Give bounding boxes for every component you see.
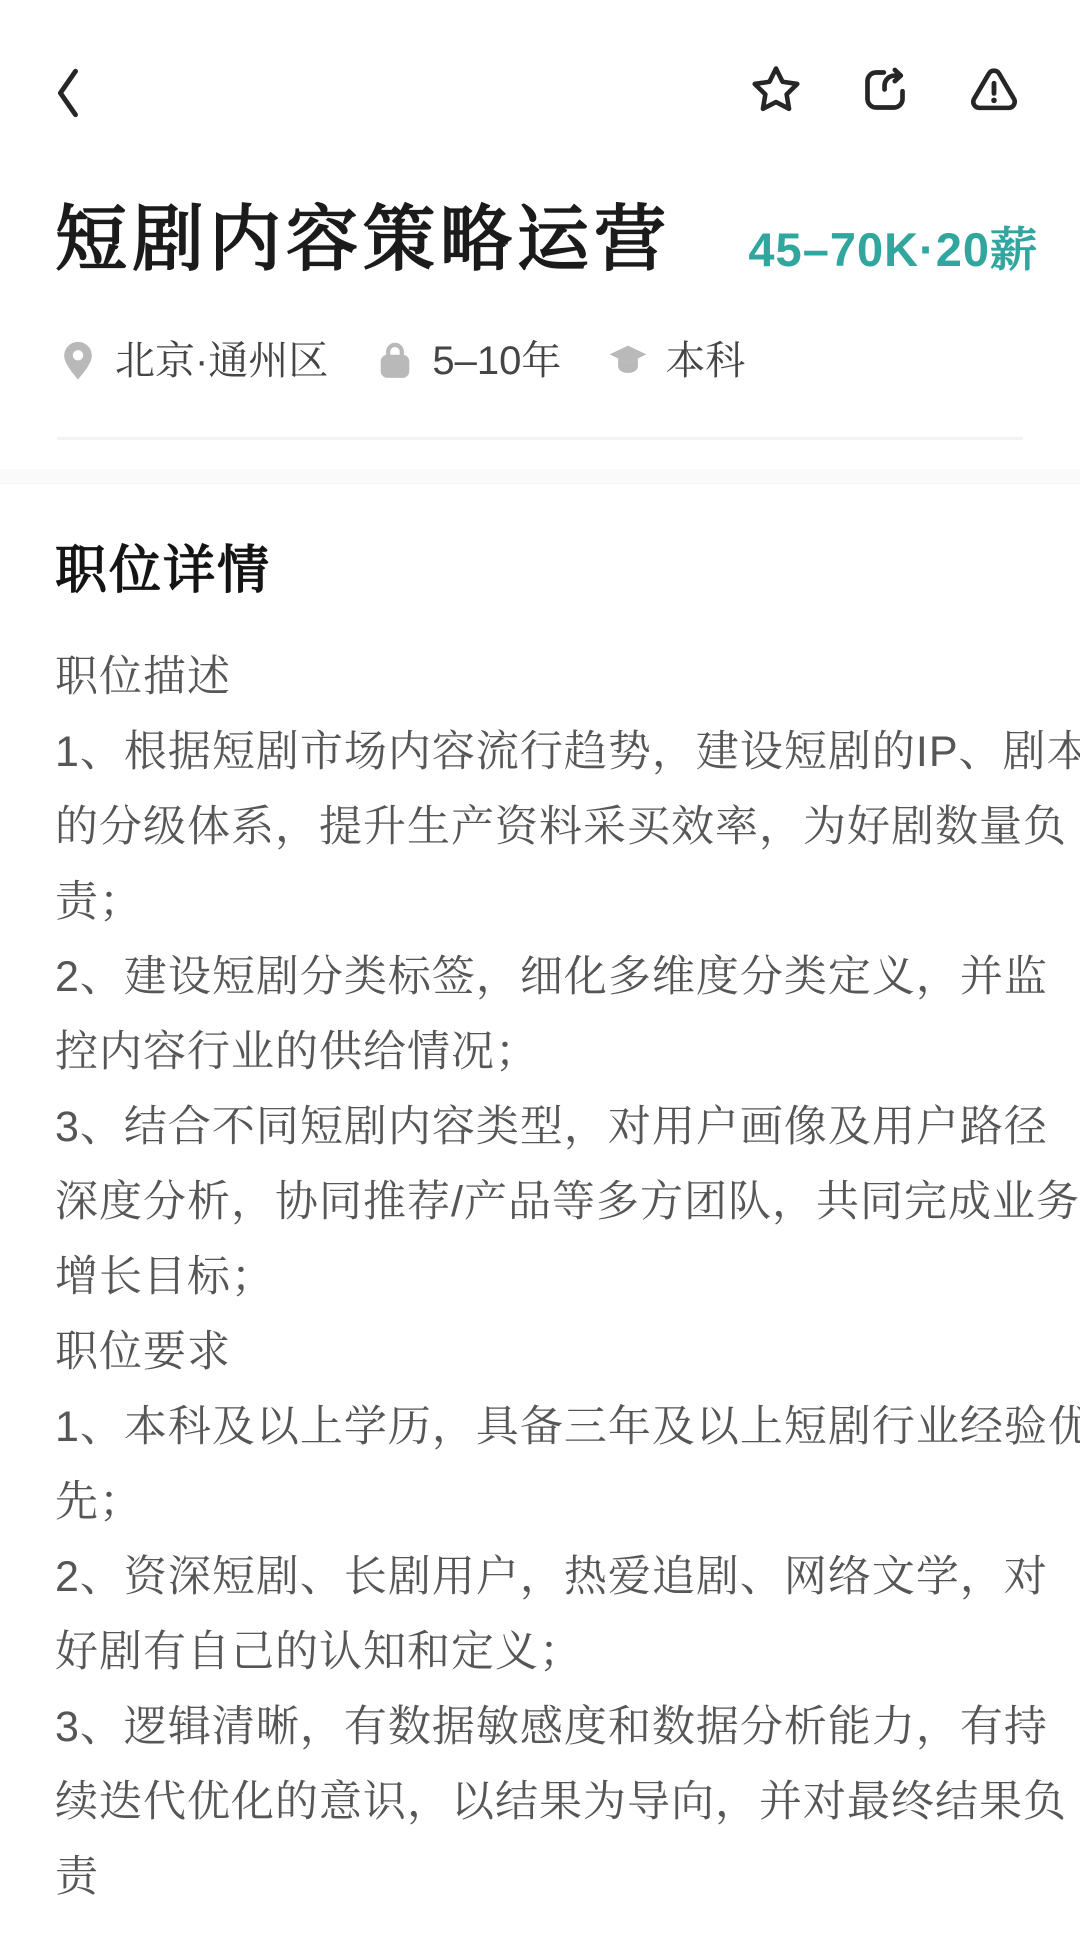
desc-line: 深度分析，协同推荐/产品等多方团队，共同完成业务 [55, 1165, 1042, 1240]
desc-line: 责； [55, 865, 1042, 940]
back-button[interactable] [50, 58, 94, 128]
desc-line: 3、逻辑清晰，有数据敏感度和数据分析能力，有持 [55, 1690, 1042, 1765]
desc-line: 先； [55, 1465, 1042, 1540]
location-label: 北京·通州区 [115, 336, 328, 386]
report-button[interactable] [965, 61, 1023, 119]
graduation-cap-icon [605, 338, 651, 384]
desc-line: 职位描述 [55, 640, 1042, 715]
desc-line: 控内容行业的供给情况； [55, 1015, 1042, 1090]
job-detail-page: 短剧内容策略运营 45–70K·20薪 北京·通州区 5–10年 [0, 0, 1080, 1942]
star-icon [747, 61, 805, 119]
desc-line: 续迭代优化的意识，以结果为导向，并对最终结果负 [55, 1765, 1042, 1840]
desc-line: 职位要求 [55, 1315, 1042, 1390]
share-button[interactable] [856, 61, 914, 119]
location-pin-icon [55, 338, 101, 384]
desc-line: 增长目标； [55, 1240, 1042, 1315]
desc-line: 1、本科及以上学历，具备三年及以上短剧行业经验优 [55, 1390, 1042, 1465]
warning-icon [965, 61, 1023, 119]
share-icon [857, 62, 913, 118]
chevron-left-icon [50, 63, 84, 123]
desc-line: 责 [55, 1840, 1042, 1915]
education-label: 本科 [665, 336, 745, 386]
desc-line: 的分级体系，提升生产资料采买效率，为好剧数量负 [55, 790, 1042, 865]
desc-line: 好剧有自己的认知和定义； [55, 1615, 1042, 1690]
desc-line: 3、结合不同短剧内容类型，对用户画像及用户路径 [55, 1090, 1042, 1165]
salary-badge: 45–70K·20薪 [748, 222, 1038, 286]
meta-location: 北京·通州区 [55, 336, 328, 386]
meta-experience: 5–10年 [372, 336, 561, 386]
desc-line: 1、根据短剧市场内容流行趋势，建设短剧的IP、剧本 [55, 715, 1042, 790]
section-separator-band [0, 469, 1080, 484]
meta-education: 本科 [605, 336, 745, 386]
experience-label: 5–10年 [432, 336, 561, 386]
desc-line: 2、建设短剧分类标签，细化多维度分类定义，并监 [55, 940, 1042, 1015]
section-heading: 职位详情 [55, 540, 271, 602]
favorite-button[interactable] [747, 61, 805, 119]
briefcase-icon [372, 338, 418, 384]
desc-line: 2、资深短剧、长剧用户，热爱追剧、网络文学，对 [55, 1540, 1042, 1615]
divider-line [57, 437, 1023, 440]
job-meta-row: 北京·通州区 5–10年 本科 [55, 336, 1040, 386]
job-title: 短剧内容策略运营 [55, 194, 671, 286]
job-description: 职位描述 1、根据短剧市场内容流行趋势，建设短剧的IP、剧本 的分级体系，提升生… [55, 640, 1042, 1915]
title-row: 短剧内容策略运营 45–70K·20薪 [55, 194, 1038, 286]
nav-action-cluster [747, 61, 1023, 119]
